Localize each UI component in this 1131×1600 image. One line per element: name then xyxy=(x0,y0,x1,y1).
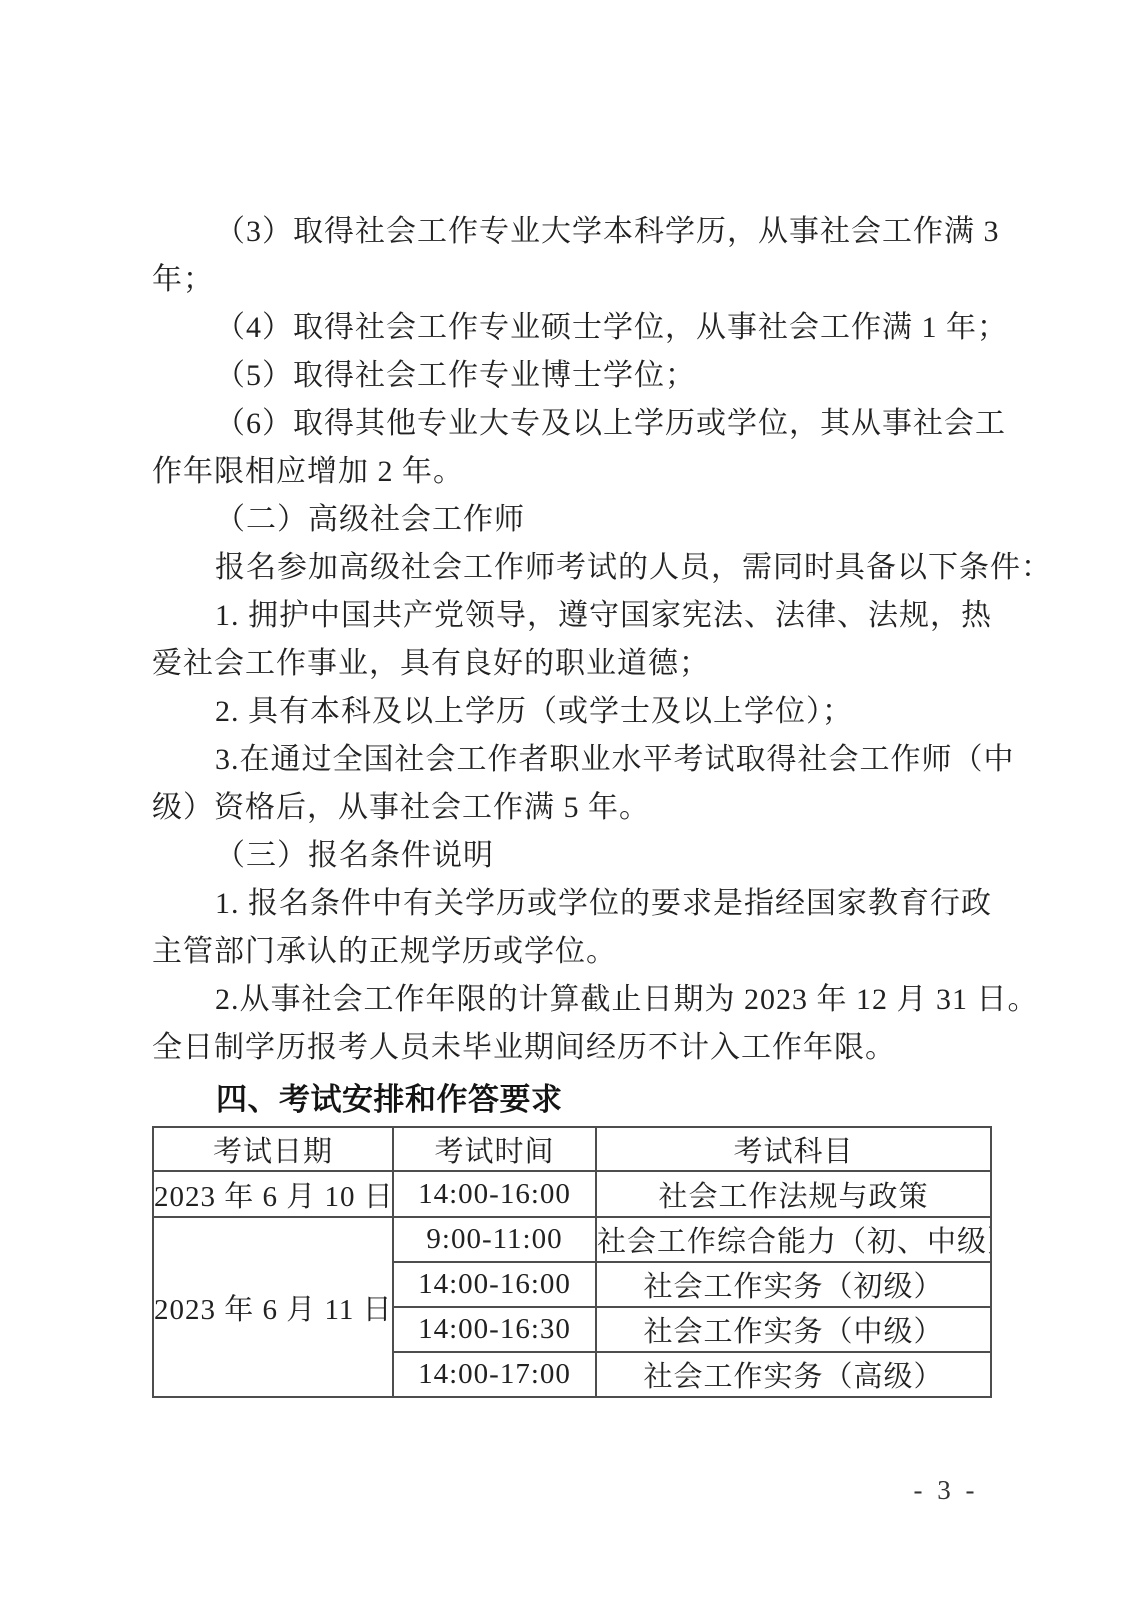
exam-time-cell: 14:00-16:00 xyxy=(393,1171,596,1217)
text-line: 全日制学历报考人员未毕业期间经历不计入工作年限。 xyxy=(152,1024,1002,1072)
text-line: 作年限相应增加 2 年。 xyxy=(152,448,1002,496)
text-line: 2.从事社会工作年限的计算截止日期为 2023 年 12 月 31 日。 xyxy=(152,976,1002,1024)
text-line: （3）取得社会工作专业大学本科学历，从事社会工作满 3 xyxy=(152,208,1002,256)
col-header-exam-subject: 考试科目 xyxy=(596,1127,991,1171)
table-row: 2023 年 6 月 11 日 9:00-11:00 社会工作综合能力（初、中级… xyxy=(153,1217,991,1262)
section-heading: 四、考试安排和作答要求 xyxy=(216,1078,563,1122)
text-line: （6）取得其他专业大专及以上学历或学位，其从事社会工 xyxy=(152,400,1002,448)
subsection-heading: （三）报名条件说明 xyxy=(152,832,1002,880)
exam-subject-cell: 社会工作综合能力（初、中级） xyxy=(596,1217,991,1262)
exam-date-cell: 2023 年 6 月 10 日 xyxy=(153,1171,393,1217)
text-line: 级）资格后，从事社会工作满 5 年。 xyxy=(152,784,1002,832)
document-body: （3）取得社会工作专业大学本科学历，从事社会工作满 3 年； （4）取得社会工作… xyxy=(152,208,1002,1072)
text-line: 1. 报名条件中有关学历或学位的要求是指经国家教育行政 xyxy=(152,880,1002,928)
exam-subject-cell: 社会工作实务（中级） xyxy=(596,1307,991,1352)
subsection-heading: （二）高级社会工作师 xyxy=(152,496,1002,544)
text-line: 年； xyxy=(152,256,1002,304)
text-line: 2. 具有本科及以上学历（或学士及以上学位）； xyxy=(152,688,1002,736)
exam-schedule-table: 考试日期 考试时间 考试科目 2023 年 6 月 10 日 14:00-16:… xyxy=(152,1126,992,1398)
exam-subject-cell: 社会工作法规与政策 xyxy=(596,1171,991,1217)
exam-time-cell: 14:00-16:30 xyxy=(393,1307,596,1352)
exam-subject-cell: 社会工作实务（初级） xyxy=(596,1262,991,1307)
exam-time-cell: 9:00-11:00 xyxy=(393,1217,596,1262)
text-line: 主管部门承认的正规学历或学位。 xyxy=(152,928,1002,976)
text-line: 报名参加高级社会工作师考试的人员，需同时具备以下条件： xyxy=(152,544,1002,592)
exam-time-cell: 14:00-16:00 xyxy=(393,1262,596,1307)
page-number: - 3 - xyxy=(898,1475,994,1505)
document-page: （3）取得社会工作专业大学本科学历，从事社会工作满 3 年； （4）取得社会工作… xyxy=(0,0,1131,1600)
exam-time-cell: 14:00-17:00 xyxy=(393,1352,596,1397)
exam-date-cell: 2023 年 6 月 11 日 xyxy=(153,1217,393,1397)
text-line: （4）取得社会工作专业硕士学位，从事社会工作满 1 年； xyxy=(152,304,1002,352)
exam-subject-cell: 社会工作实务（高级） xyxy=(596,1352,991,1397)
col-header-exam-time: 考试时间 xyxy=(393,1127,596,1171)
table-header-row: 考试日期 考试时间 考试科目 xyxy=(153,1127,991,1171)
text-line: 1. 拥护中国共产党领导，遵守国家宪法、法律、法规，热 xyxy=(152,592,1002,640)
table-row: 2023 年 6 月 10 日 14:00-16:00 社会工作法规与政策 xyxy=(153,1171,991,1217)
col-header-exam-date: 考试日期 xyxy=(153,1127,393,1171)
text-line: 爱社会工作事业，具有良好的职业道德； xyxy=(152,640,1002,688)
text-line: 3.在通过全国社会工作者职业水平考试取得社会工作师（中 xyxy=(152,736,1002,784)
text-line: （5）取得社会工作专业博士学位； xyxy=(152,352,1002,400)
